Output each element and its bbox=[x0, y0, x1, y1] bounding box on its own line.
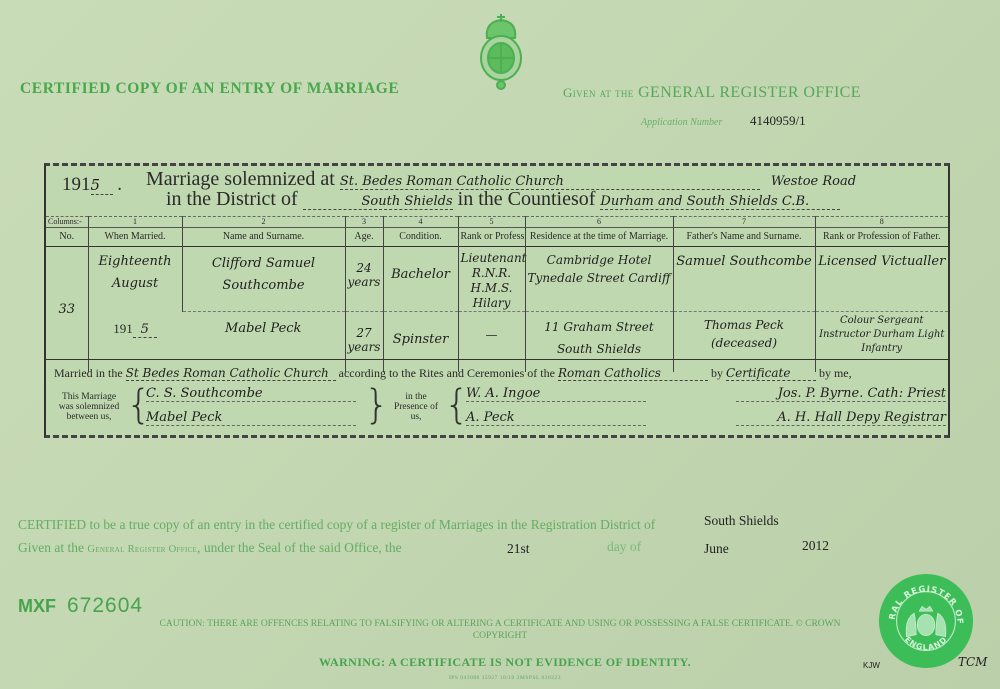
table-row-groom: 33 Eighteenth August 1915 Clifford Samue… bbox=[46, 247, 948, 312]
certification-district: South Shields bbox=[704, 513, 779, 529]
groom-father-rank: Licensed Victualler bbox=[815, 247, 948, 312]
party-signature-bride: Mabel Peck bbox=[146, 410, 356, 426]
right-brace-icon: } bbox=[364, 382, 389, 428]
serial-prefix: MXF bbox=[18, 596, 56, 617]
register-declaration: Married in the St Bedes Roman Catholic C… bbox=[46, 359, 948, 439]
when-married: Eighteenth August 1915 bbox=[88, 247, 182, 372]
certification-year: 2012 bbox=[802, 538, 829, 554]
groom-condition: Bachelor bbox=[383, 247, 458, 312]
identity-warning: WARNING: A CERTIFICATE IS NOT EVIDENCE O… bbox=[150, 655, 860, 670]
groom-rank: Lieutenant R.N.R. H.M.S. Hilary bbox=[458, 247, 525, 312]
caution-notice: CAUTION: THERE ARE OFFENCES RELATING TO … bbox=[150, 618, 850, 642]
certification-line-2: Given at the General Register Office, un… bbox=[18, 540, 402, 556]
witness-signature-1: W. A. Ingoe bbox=[466, 386, 646, 402]
groom-father-name: Samuel Southcombe bbox=[673, 247, 815, 312]
column-number-row: Columns:- 1 2 3 4 5 6 7 8 bbox=[46, 217, 948, 228]
column-header-row: No. When Married. Name and Surname. Age.… bbox=[46, 228, 948, 247]
groom-residence: Cambridge Hotel Tynedale Street Cardiff bbox=[525, 247, 673, 312]
royal-crest-icon bbox=[475, 12, 527, 92]
register-title: 1915 . Marriage solemnized at St. Bedes … bbox=[46, 166, 948, 216]
solemnized-place-extra: Westoe Road bbox=[771, 174, 856, 189]
given-at-heading: Given at the GENERAL REGISTER OFFICE bbox=[563, 84, 861, 102]
district-value: South Shields bbox=[303, 194, 453, 210]
officiant-signature-priest: Jos. P. Byrne. Cath: Priest bbox=[736, 386, 946, 402]
solemnized-between-label: This Marriage was solemnized between us, bbox=[54, 392, 124, 422]
print-code: IPS 043088 35927 10/10 3MSPSL 026223 bbox=[150, 675, 860, 681]
groom-age: 24 years bbox=[345, 247, 383, 312]
certification-month: June bbox=[704, 541, 729, 557]
county-value: Durham and South Shields C.B. bbox=[600, 194, 840, 210]
groom-name: Clifford Samuel Southcombe bbox=[182, 247, 345, 312]
handwritten-initials: TCM bbox=[958, 655, 987, 669]
certification-day: 21st bbox=[507, 541, 530, 557]
certification-line-1: CERTIFIED to be a true copy of an entry … bbox=[18, 517, 655, 533]
officiant-signature-registrar: A. H. Hall Depy Registrar bbox=[736, 410, 946, 426]
married-in-line: Married in the St Bedes Roman Catholic C… bbox=[54, 366, 852, 381]
register-year: 1915 . bbox=[62, 174, 122, 196]
witness-signature-2: A. Peck bbox=[466, 410, 646, 426]
entry-number: 33 bbox=[46, 247, 88, 372]
register-entry: 1915 . Marriage solemnized at St. Bedes … bbox=[44, 163, 950, 438]
register-table: Columns:- 1 2 3 4 5 6 7 8 No. When Marri… bbox=[46, 216, 948, 372]
certificate-title: CERTIFIED COPY OF AN ENTRY OF MARRIAGE bbox=[20, 80, 399, 98]
presence-label: in the Presence of us, bbox=[391, 392, 441, 422]
party-signature-groom: C. S. Southcombe bbox=[146, 386, 356, 402]
day-of-label: day of bbox=[607, 539, 641, 555]
district-line: in the District of South Shields in the … bbox=[166, 188, 840, 211]
application-number: 4140959/1 bbox=[750, 113, 806, 129]
application-number-label: Application Number bbox=[641, 117, 722, 128]
serial-number: 672604 bbox=[67, 594, 143, 618]
clerk-initials: KJW bbox=[863, 661, 880, 670]
